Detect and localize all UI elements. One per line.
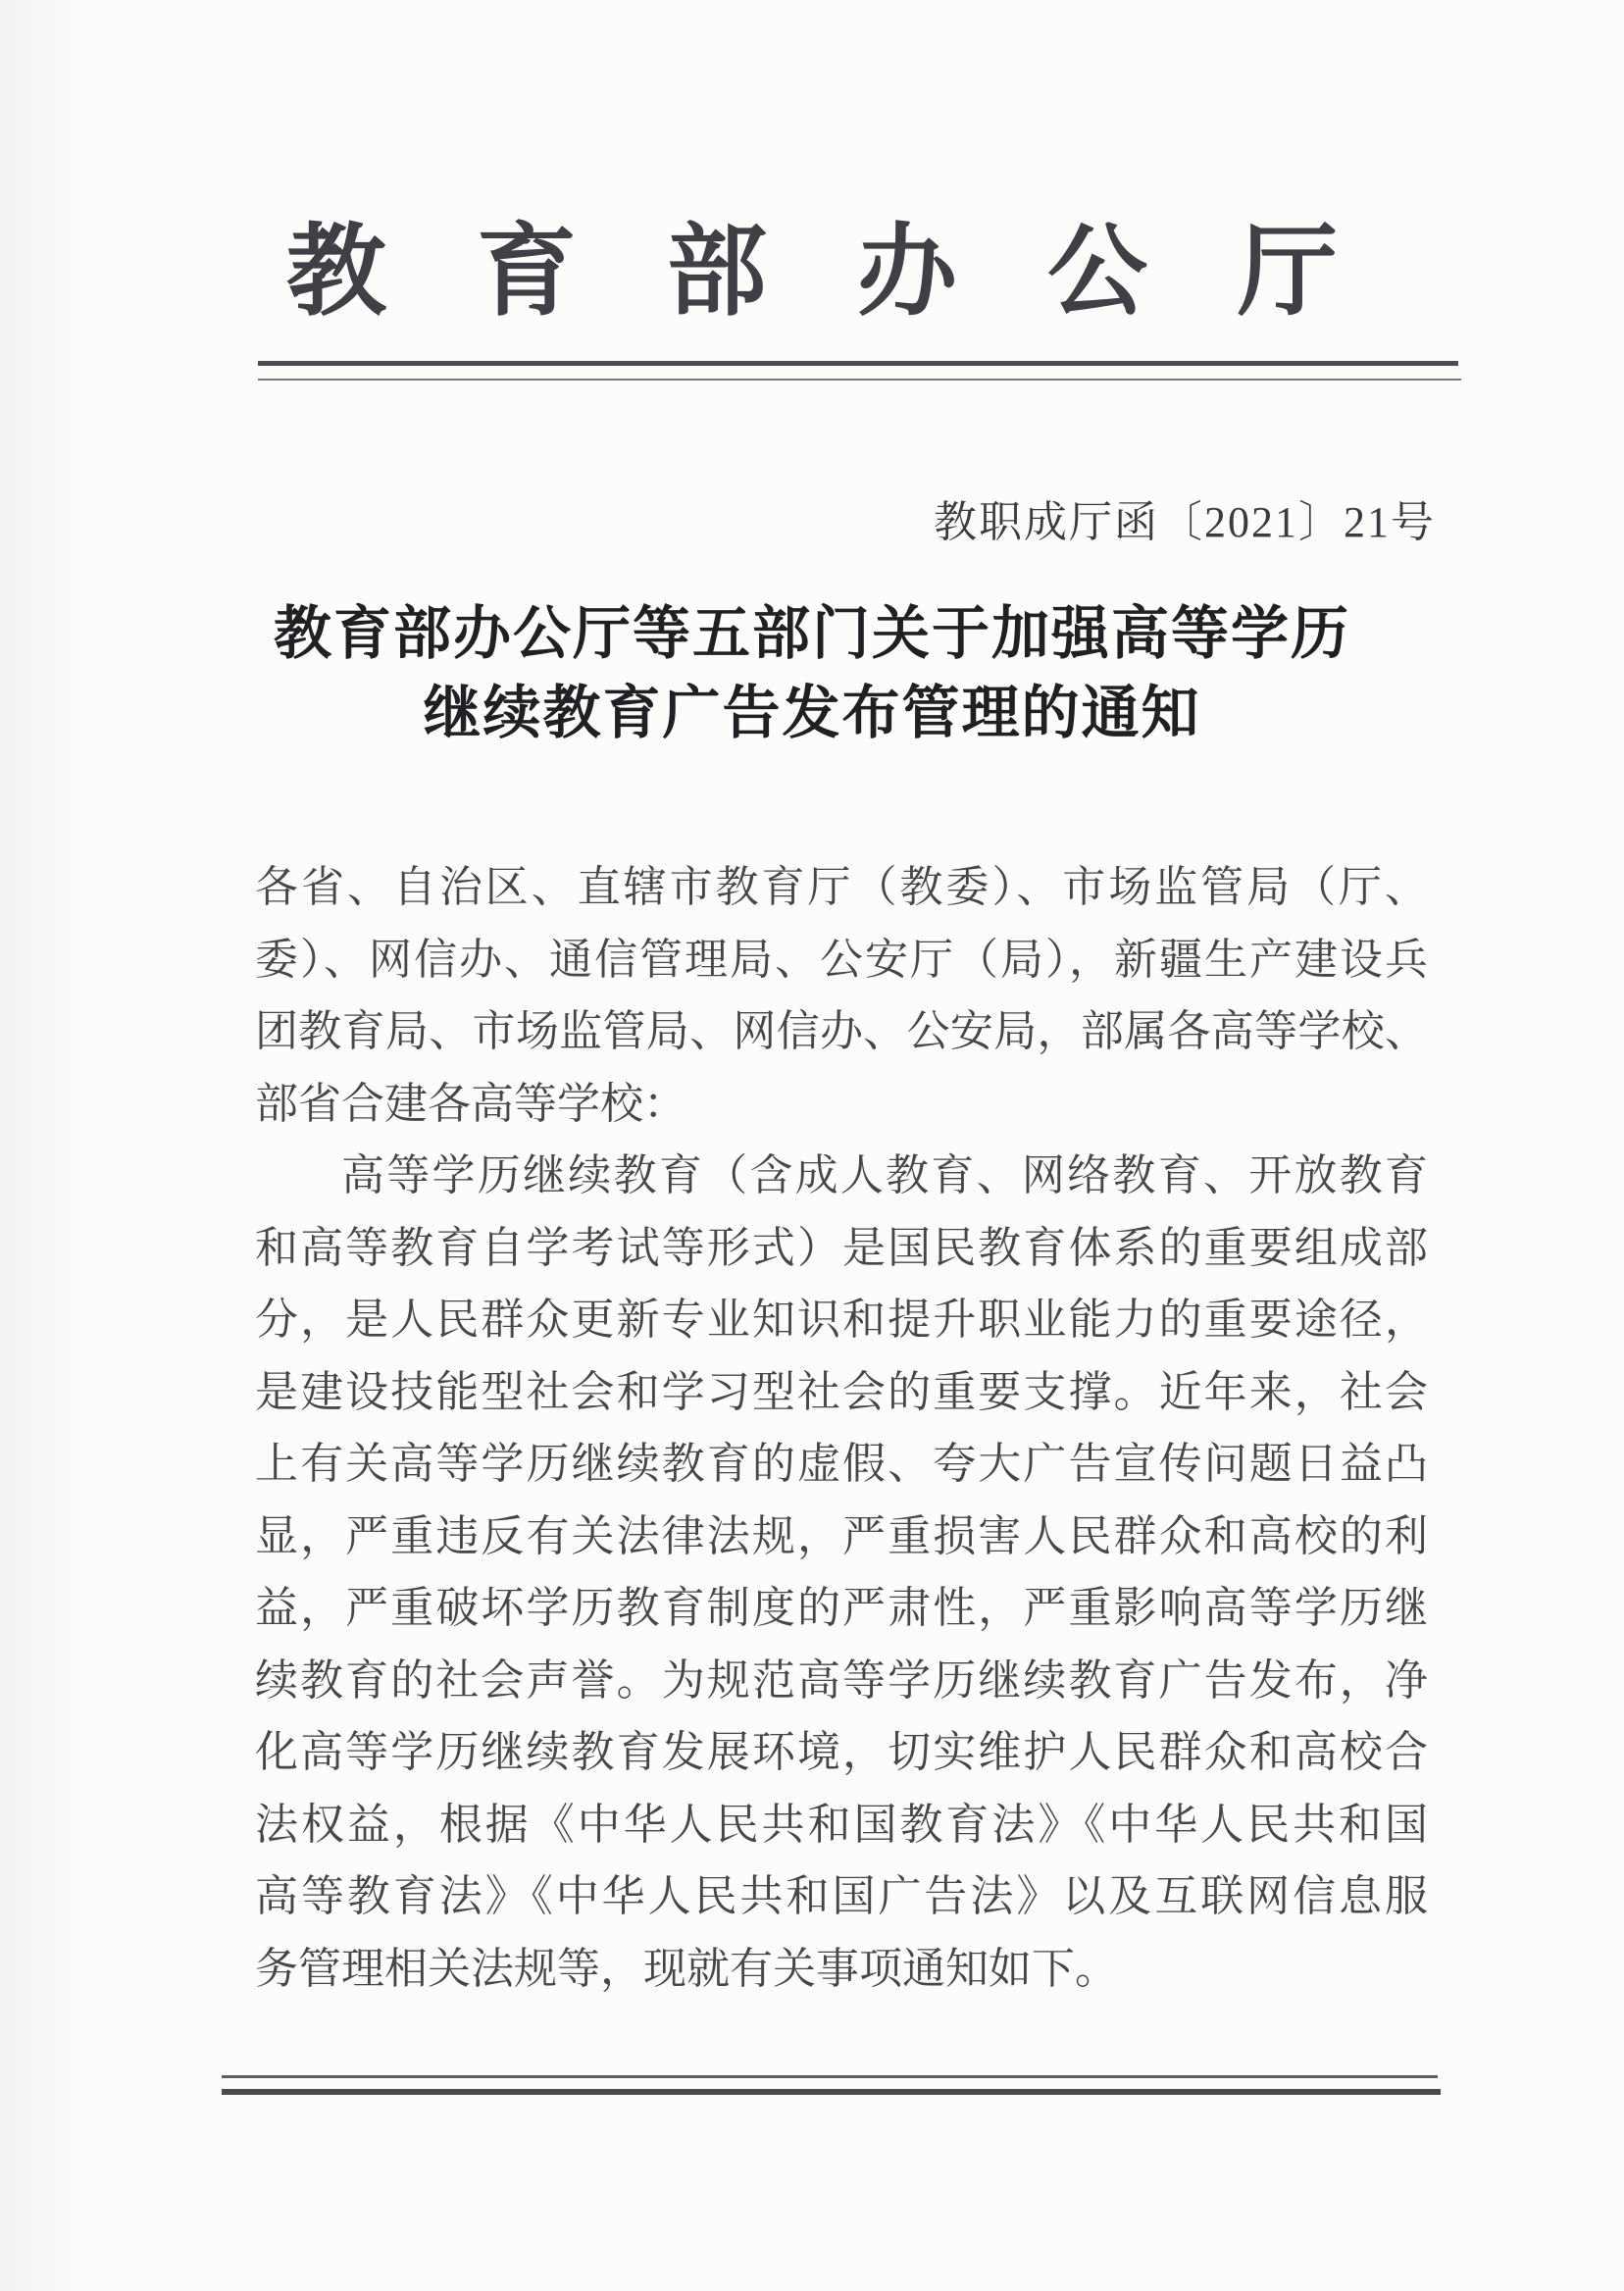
body-line: 法权益，根据《中华人民共和国教育法》《中华人民共和国: [255, 1789, 1428, 1861]
footer-rule-thin-line: [222, 2075, 1438, 2078]
body-line: 高等学历继续教育（含成人教育、网络教育、开放教育: [255, 1140, 1428, 1212]
body-line: 上有关高等学历继续教育的虚假、夸大广告宣传问题日益凸: [255, 1428, 1428, 1501]
document-body: 各省、自治区、直辖市教育厅（教委）、市场监管局（厅、 委）、网信办、通信管理局、…: [255, 851, 1428, 2005]
body-line: 益，严重破坏学历教育制度的严肃性，严重影响高等学历继: [255, 1572, 1428, 1645]
body-line: 各省、自治区、直辖市教育厅（教委）、市场监管局（厅、: [255, 851, 1428, 924]
body-line: 续教育的社会声誉。为规范高等学历继续教育广告发布，净: [255, 1645, 1428, 1717]
body-line: 委）、网信办、通信管理局、公安厅（局），新疆生产建设兵: [255, 924, 1428, 996]
document-title: 教育部办公厅等五部门关于加强高等学历 继续教育广告发布管理的通知: [0, 594, 1624, 753]
document-title-line-1: 教育部办公厅等五部门关于加强高等学历: [0, 594, 1624, 674]
body-line: 和高等教育自学考试等形式）是国民教育体系的重要组成部: [255, 1212, 1428, 1285]
document-title-line-2: 继续教育广告发布管理的通知: [0, 674, 1624, 753]
body-line: 是建设技能型社会和学习型社会的重要支撑。近年来，社会: [255, 1356, 1428, 1429]
body-line: 显，严重违反有关法律法规，严重损害人民群众和高校的利: [255, 1501, 1428, 1573]
body-line: 分，是人民群众更新专业知识和提升职业能力的重要途径，: [255, 1284, 1428, 1356]
header-rule-thick-line: [258, 361, 1458, 366]
body-line: 部省合建各高等学校：: [255, 1068, 1428, 1141]
body-line: 团教育局、市场监管局、网信办、公安局，部属各高等学校、: [255, 995, 1428, 1068]
agency-letterhead: 教育部办公厅: [0, 192, 1624, 335]
document-page: 教育部办公厅 教职成厅函〔2021〕21号 教育部办公厅等五部门关于加强高等学历…: [0, 0, 1624, 2291]
body-line: 务管理相关法规等，现就有关事项通知如下。: [255, 1933, 1428, 2006]
body-line: 化高等学历继续教育发展环境，切实维护人民群众和高校合: [255, 1716, 1428, 1789]
footer-rule-thick-line: [222, 2089, 1441, 2095]
header-rule-thin-line: [258, 379, 1461, 381]
document-number: 教职成厅函〔2021〕21号: [934, 486, 1436, 549]
body-line: 高等教育法》《中华人民共和国广告法》以及互联网信息服: [255, 1860, 1428, 1933]
